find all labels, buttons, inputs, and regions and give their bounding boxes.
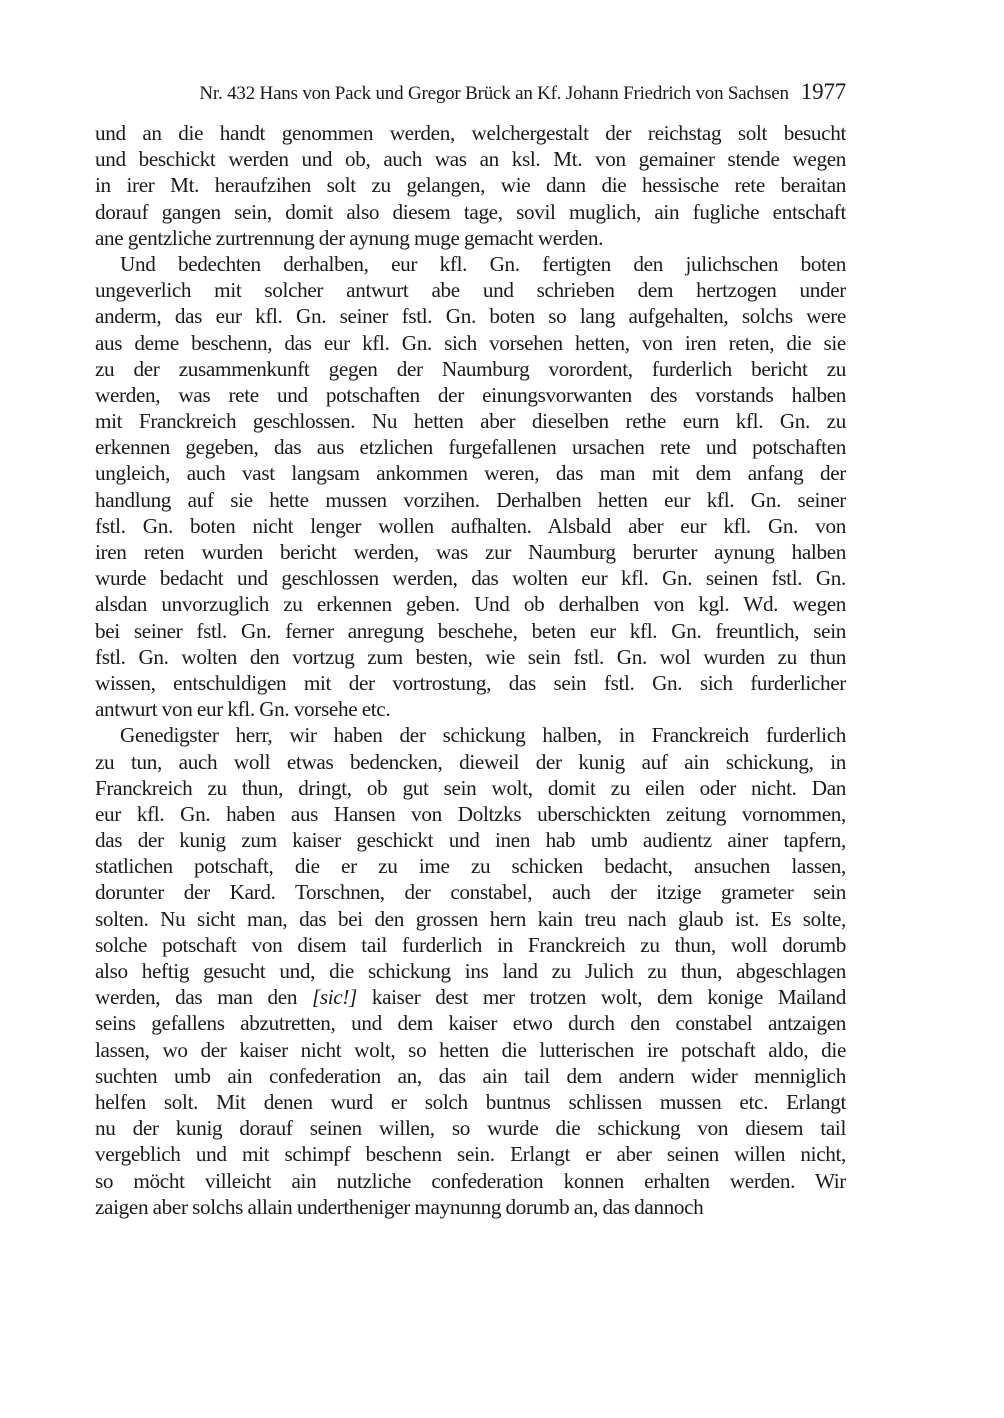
running-head-title: Nr. 432 Hans von Pack und Gregor Brück a…: [199, 80, 788, 108]
text-line: dorauf gangen sein, domit also diesem ta…: [95, 199, 846, 225]
running-head: Nr. 432 Hans von Pack und Gregor Brück a…: [95, 78, 846, 106]
document-body: und an die handt genommen werden, welche…: [95, 120, 846, 1220]
text-line: alsdan unvorzuglich zu erkennen geben. U…: [95, 591, 846, 617]
text-line: suchten umb ain confederation an, das ai…: [95, 1063, 846, 1089]
text-line: zu tun, auch woll etwas bedencken, diewe…: [95, 749, 846, 775]
text-line: handlung auf sie hette mussen vorzihen. …: [95, 487, 846, 513]
text-line: das der kunig zum kaiser geschickt und i…: [95, 827, 846, 853]
text-line: solten. Nu sicht man, das bei den grosse…: [95, 906, 846, 932]
text-line: Franckreich zu thun, dringt, ob gut sein…: [95, 775, 846, 801]
paragraph: Und bedechten derhalben, eur kfl. Gn. fe…: [95, 251, 846, 722]
text-line: ungeverlich mit solcher antwurt abe und …: [95, 277, 846, 303]
text-line: fstl. Gn. wolten den vortzug zum besten,…: [95, 644, 846, 670]
text-line: und beschickt werden und ob, auch was an…: [95, 146, 846, 172]
text-line: zu der zusammenkunft gegen der Naumburg …: [95, 356, 846, 382]
document-page: Nr. 432 Hans von Pack und Gregor Brück a…: [95, 78, 846, 1220]
text-line: anderm, das eur kfl. Gn. seiner fstl. Gn…: [95, 303, 846, 329]
text-line: wurde bedacht und geschlossen werden, da…: [95, 565, 846, 591]
text-line: Und bedechten derhalben, eur kfl. Gn. fe…: [95, 251, 846, 277]
text-line: werden, was rete und potschaften der ein…: [95, 382, 846, 408]
text-line: so möcht villeicht ain nutzliche confede…: [95, 1168, 846, 1194]
text-line: wissen, entschuldigen mit der vortrostun…: [95, 670, 846, 696]
text-line: vergeblich und mit schimpf beschenn sein…: [95, 1141, 846, 1167]
text-line: nu der kunig dorauf seinen willen, so wu…: [95, 1115, 846, 1141]
text-line: ane gentzliche zurtrennung der aynung mu…: [95, 225, 846, 251]
text-line: solche potschaft von disem tail furderli…: [95, 932, 846, 958]
paragraph: und an die handt genommen werden, welche…: [95, 120, 846, 251]
text-segment: werden, das man den: [95, 985, 312, 1009]
text-line: zaigen aber solchs allain undertheniger …: [95, 1194, 846, 1220]
text-line: fstl. Gn. boten nicht lenger wollen aufh…: [95, 513, 846, 539]
text-line: bei seiner fstl. Gn. ferner anregung bes…: [95, 618, 846, 644]
text-line: und an die handt genommen werden, welche…: [95, 120, 846, 146]
paragraph: Genedigster herr, wir haben der schickun…: [95, 722, 846, 1220]
text-line: also heftig gesucht und, die schickung i…: [95, 958, 846, 984]
text-line: lassen, wo der kaiser nicht wolt, so het…: [95, 1037, 846, 1063]
text-line: in irer Mt. heraufzihen solt zu gelangen…: [95, 172, 846, 198]
text-line: antwurt von eur kfl. Gn. vorsehe etc.: [95, 696, 846, 722]
text-line: aus deme beschenn, das eur kfl. Gn. sich…: [95, 330, 846, 356]
text-line: ungleich, auch vast langsam ankommen wer…: [95, 460, 846, 486]
editorial-sic-note: [sic!]: [312, 985, 357, 1009]
page-number: 1977: [801, 78, 846, 106]
text-line: mit Franckreich geschlossen. Nu hetten a…: [95, 408, 846, 434]
text-segment: kaiser dest mer trotzen wolt, dem konige…: [357, 985, 846, 1009]
text-line: dorunter der Kard. Torschnen, der consta…: [95, 879, 846, 905]
text-line: werden, das man den [sic!] kaiser dest m…: [95, 984, 846, 1010]
text-line: erkennen gegeben, das aus etzlichen furg…: [95, 434, 846, 460]
text-line: helfen solt. Mit denen wurd er solch bun…: [95, 1089, 846, 1115]
text-line: seins gefallens abzutretten, und dem kai…: [95, 1010, 846, 1036]
text-line: eur kfl. Gn. haben aus Hansen von Doltzk…: [95, 801, 846, 827]
text-line: iren reten wurden bericht werden, was zu…: [95, 539, 846, 565]
text-line: Genedigster herr, wir haben der schickun…: [95, 722, 846, 748]
text-line: statlichen potschaft, die er zu ime zu s…: [95, 853, 846, 879]
